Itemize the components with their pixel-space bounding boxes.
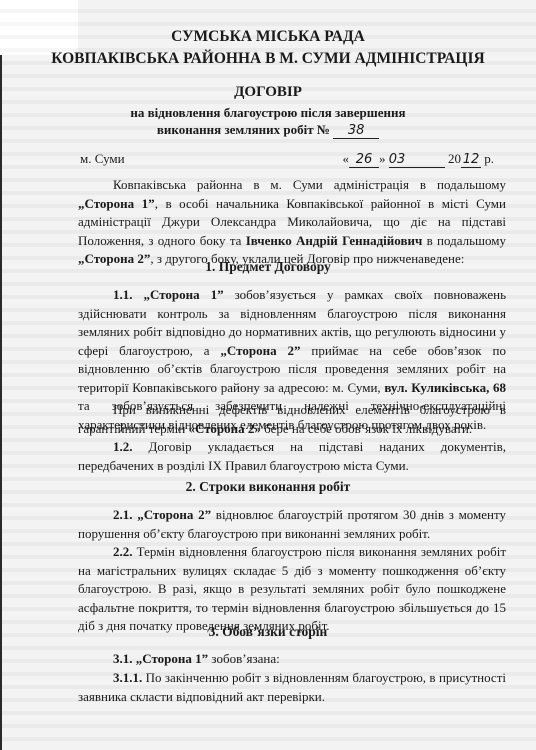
work-address: вул. Куликівська, 68 [384, 380, 506, 395]
clause-number: 1.1. [113, 287, 133, 302]
party1-label: „Сторона 1” [136, 651, 208, 666]
quote-close: » [379, 151, 386, 166]
clause-number: 1.2. [113, 439, 133, 454]
section-3-title: 3. Обов’язки сторін [0, 624, 536, 640]
party2-label: „Сторона 2” [137, 507, 211, 522]
clause-1-2: 1.2. Договір укладається на підставі над… [78, 438, 506, 475]
clause-text: По закінченню робіт з відновленням благо… [78, 670, 506, 704]
date-year-prefix: 20 [448, 151, 461, 166]
party2-label: «Сторона 2» [189, 421, 261, 436]
contract-date: «26» 03 2012 р. [343, 151, 495, 168]
date-day: 26 [349, 152, 379, 168]
document-subtitle-line1: на відновлення благоустрою після заверше… [0, 105, 536, 121]
section-1-title: 1. Предмет Договору [0, 259, 536, 275]
council-title: СУМСЬКА МІСЬКА РАДА [0, 28, 536, 46]
clause-number: 3.1.1. [113, 670, 142, 685]
date-month: 03 [389, 152, 445, 168]
preamble-text: Ковпаківська районна в м. Суми адміністр… [113, 177, 506, 192]
contract-number: 38 [333, 123, 379, 139]
date-year-suffix: 12 [461, 152, 481, 168]
contract-page: СУМСЬКА МІСЬКА РАДА КОВПАКІВСЬКА РАЙОННА… [0, 0, 536, 750]
clause-number: 2.2. [113, 544, 133, 559]
city: м. Суми [80, 151, 125, 167]
clause-text: Договір укладається на підставі наданих … [78, 439, 506, 473]
clause-text: бере на себе обов’язок їх ліквідувати. [261, 421, 472, 436]
clause-2-1: 2.1. „Сторона 2” відновлює благоустрій п… [78, 506, 506, 543]
administration-title: КОВПАКІВСЬКА РАЙОННА В М. СУМИ АДМІНІСТР… [0, 50, 536, 68]
preamble: Ковпаківська районна в м. Суми адміністр… [78, 176, 506, 269]
section-2-title: 2. Строки виконання робіт [0, 479, 536, 495]
party2-label: „Сторона 2” [220, 343, 300, 358]
party1-label: „Сторона 1” [143, 287, 223, 302]
document-type: ДОГОВІР [0, 84, 536, 101]
clause-3-1-1: 3.1.1. По закінченню робіт з відновлення… [78, 669, 506, 706]
date-year-unit: р. [484, 151, 494, 166]
subtitle-text: виконання земляних робіт № [157, 122, 330, 137]
clause-number: 3.1. [113, 651, 133, 666]
clause-number: 2.1. [113, 507, 133, 522]
clause-text: Термін відновлення благоустрою після вик… [78, 544, 506, 633]
clause-3-1: 3.1. „Сторона 1” зобов’язана: [78, 650, 506, 669]
clause-defects: При виникненні дефектів відновлених елем… [78, 401, 506, 438]
clause-text: зобов’язана: [208, 651, 280, 666]
document-subtitle-line2: виконання земляних робіт № 38 [0, 122, 536, 139]
party1-label: „Сторона 1” [78, 196, 155, 211]
party2-name: Івченко Андрій Геннадійович [246, 233, 423, 248]
clause-2-2: 2.2. Термін відновлення благоустрою післ… [78, 543, 506, 636]
preamble-text: в подальшому [422, 233, 506, 248]
